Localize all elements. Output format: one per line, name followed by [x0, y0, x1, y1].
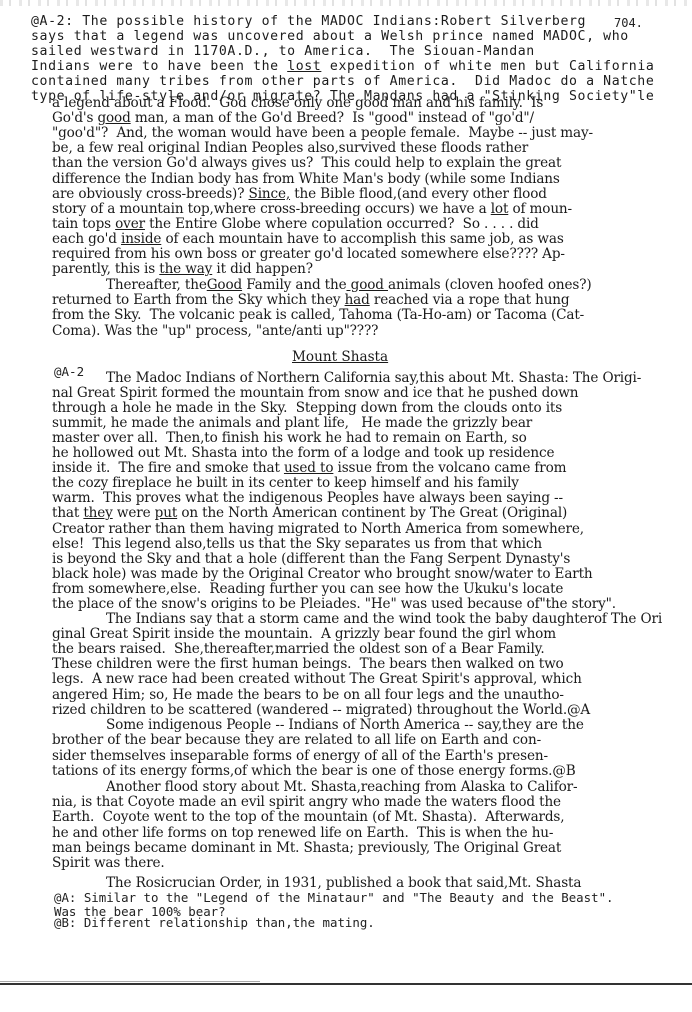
text-line: tain tops over the Entire Globe where co…	[52, 217, 539, 232]
text-line: than the version Go'd always gives us? T…	[52, 156, 561, 171]
text-line: @A-2: The possible history of the MADOC …	[31, 14, 586, 29]
text-line: Creator rather than them having migrated…	[52, 522, 584, 537]
text-line: Go'd's good man, a man of the Go'd Breed…	[52, 111, 534, 126]
text-line: the bears raised. She,thereafter,married…	[52, 642, 545, 657]
text-line: story of a mountain top,where cross-bree…	[52, 202, 572, 217]
text-line: Coma). Was the "up" process, "ante/anti …	[52, 324, 378, 339]
text-line: Thereafter, theGood Family and the good …	[106, 278, 592, 293]
text-line: each go'd inside of each mountain have t…	[52, 232, 564, 247]
text-line: ginal Great Spirit inside the mountain. …	[52, 627, 556, 642]
text-line: the place of the snow's origins to be Pl…	[52, 597, 616, 612]
text-line: black hole) was made by the Original Cre…	[52, 567, 593, 582]
text-line: legs. A new race had been created withou…	[52, 672, 582, 687]
text-line: from somewhere,else. Reading further you…	[52, 582, 563, 597]
text-line: required from his own boss or greater go…	[52, 247, 565, 262]
document-page: 704. @A-2: The possible history of the M…	[0, 0, 692, 1012]
text-line: he hollowed out Mt. Shasta into the form…	[52, 446, 554, 461]
text-line: sailed westward in 1170A.D., to America.…	[31, 44, 535, 59]
text-line: through a hole he made in the Sky. Stepp…	[52, 401, 562, 416]
text-line: nal Great Spirit formed the mountain fro…	[52, 386, 578, 401]
scan-artifact-top	[0, 0, 692, 6]
section-heading-mount-shasta: Mount Shasta	[292, 349, 388, 365]
text-line: warm. This proves what the indigenous Pe…	[52, 491, 563, 506]
text-line: summit, he made the animals and plant li…	[52, 416, 532, 431]
text-line: that they were put on the North American…	[52, 506, 567, 521]
text-line: a legend about a Flood. God chose only o…	[52, 96, 543, 111]
text-line: says that a legend was uncovered about a…	[31, 29, 629, 44]
text-line: the cozy fireplace he built in its cente…	[52, 476, 519, 491]
text-line: are obviously cross-breeds)? Since, the …	[52, 187, 547, 202]
text-line: contained many tribes from other parts o…	[31, 74, 654, 89]
text-line: parently, this is the way it did happen?	[52, 262, 313, 277]
text-line: The Indians say that a storm came and th…	[106, 612, 662, 627]
footnote-marker-a2: @A-2	[54, 364, 84, 379]
text-line: rized children to be scattered (wandered…	[52, 703, 590, 718]
text-line: tations of its energy forms,of which the…	[52, 764, 576, 779]
text-line: man beings became dominant in Mt. Shasta…	[52, 841, 561, 856]
text-line: angered Him; so, He made the bears to be…	[52, 688, 564, 703]
footnote-line: @A: Similar to the "Legend of the Minata…	[54, 891, 614, 905]
footnote-line: @B: Different relationship than,the mati…	[54, 916, 375, 930]
text-line: These children were the first human bein…	[52, 657, 564, 672]
page-bottom-rule	[0, 983, 692, 985]
text-line: Indians were to have been the lost exped…	[31, 59, 654, 74]
text-line: Some indigenous People -- Indians of Nor…	[106, 718, 584, 733]
text-line: from the Sky. The volcanic peak is calle…	[52, 308, 584, 323]
text-line: Another flood story about Mt. Shasta,rea…	[106, 780, 577, 795]
text-line: nia, is that Coyote made an evil spirit …	[52, 795, 561, 810]
page-rule-shadow	[0, 981, 260, 982]
text-line: returned to Earth from the Sky which the…	[52, 293, 569, 308]
text-line: The Rosicrucian Order, in 1931, publishe…	[106, 876, 581, 891]
text-line: The Madoc Indians of Northern California…	[106, 371, 641, 386]
text-line: Spirit was there.	[52, 856, 165, 871]
text-line: be, a few real original Indian Peoples a…	[52, 141, 528, 156]
text-line: master over all. Then,to finish his work…	[52, 431, 527, 446]
text-line: sider themselves inseparable forms of en…	[52, 749, 548, 764]
page-number: 704.	[614, 16, 643, 30]
text-line: is beyond the Sky and that a hole (diffe…	[52, 552, 570, 567]
text-line: difference the Indian body has from Whit…	[52, 172, 560, 187]
text-line: "goo'd"? And, the woman would have been …	[52, 126, 593, 141]
text-line: brother of the bear because they are rel…	[52, 733, 541, 748]
text-line: inside it. The fire and smoke that used …	[52, 461, 566, 476]
text-line: Earth. Coyote went to the top of the mou…	[52, 810, 564, 825]
text-line: else! This legend also,tells us that the…	[52, 537, 542, 552]
text-line: he and other life forms on top renewed l…	[52, 826, 553, 841]
